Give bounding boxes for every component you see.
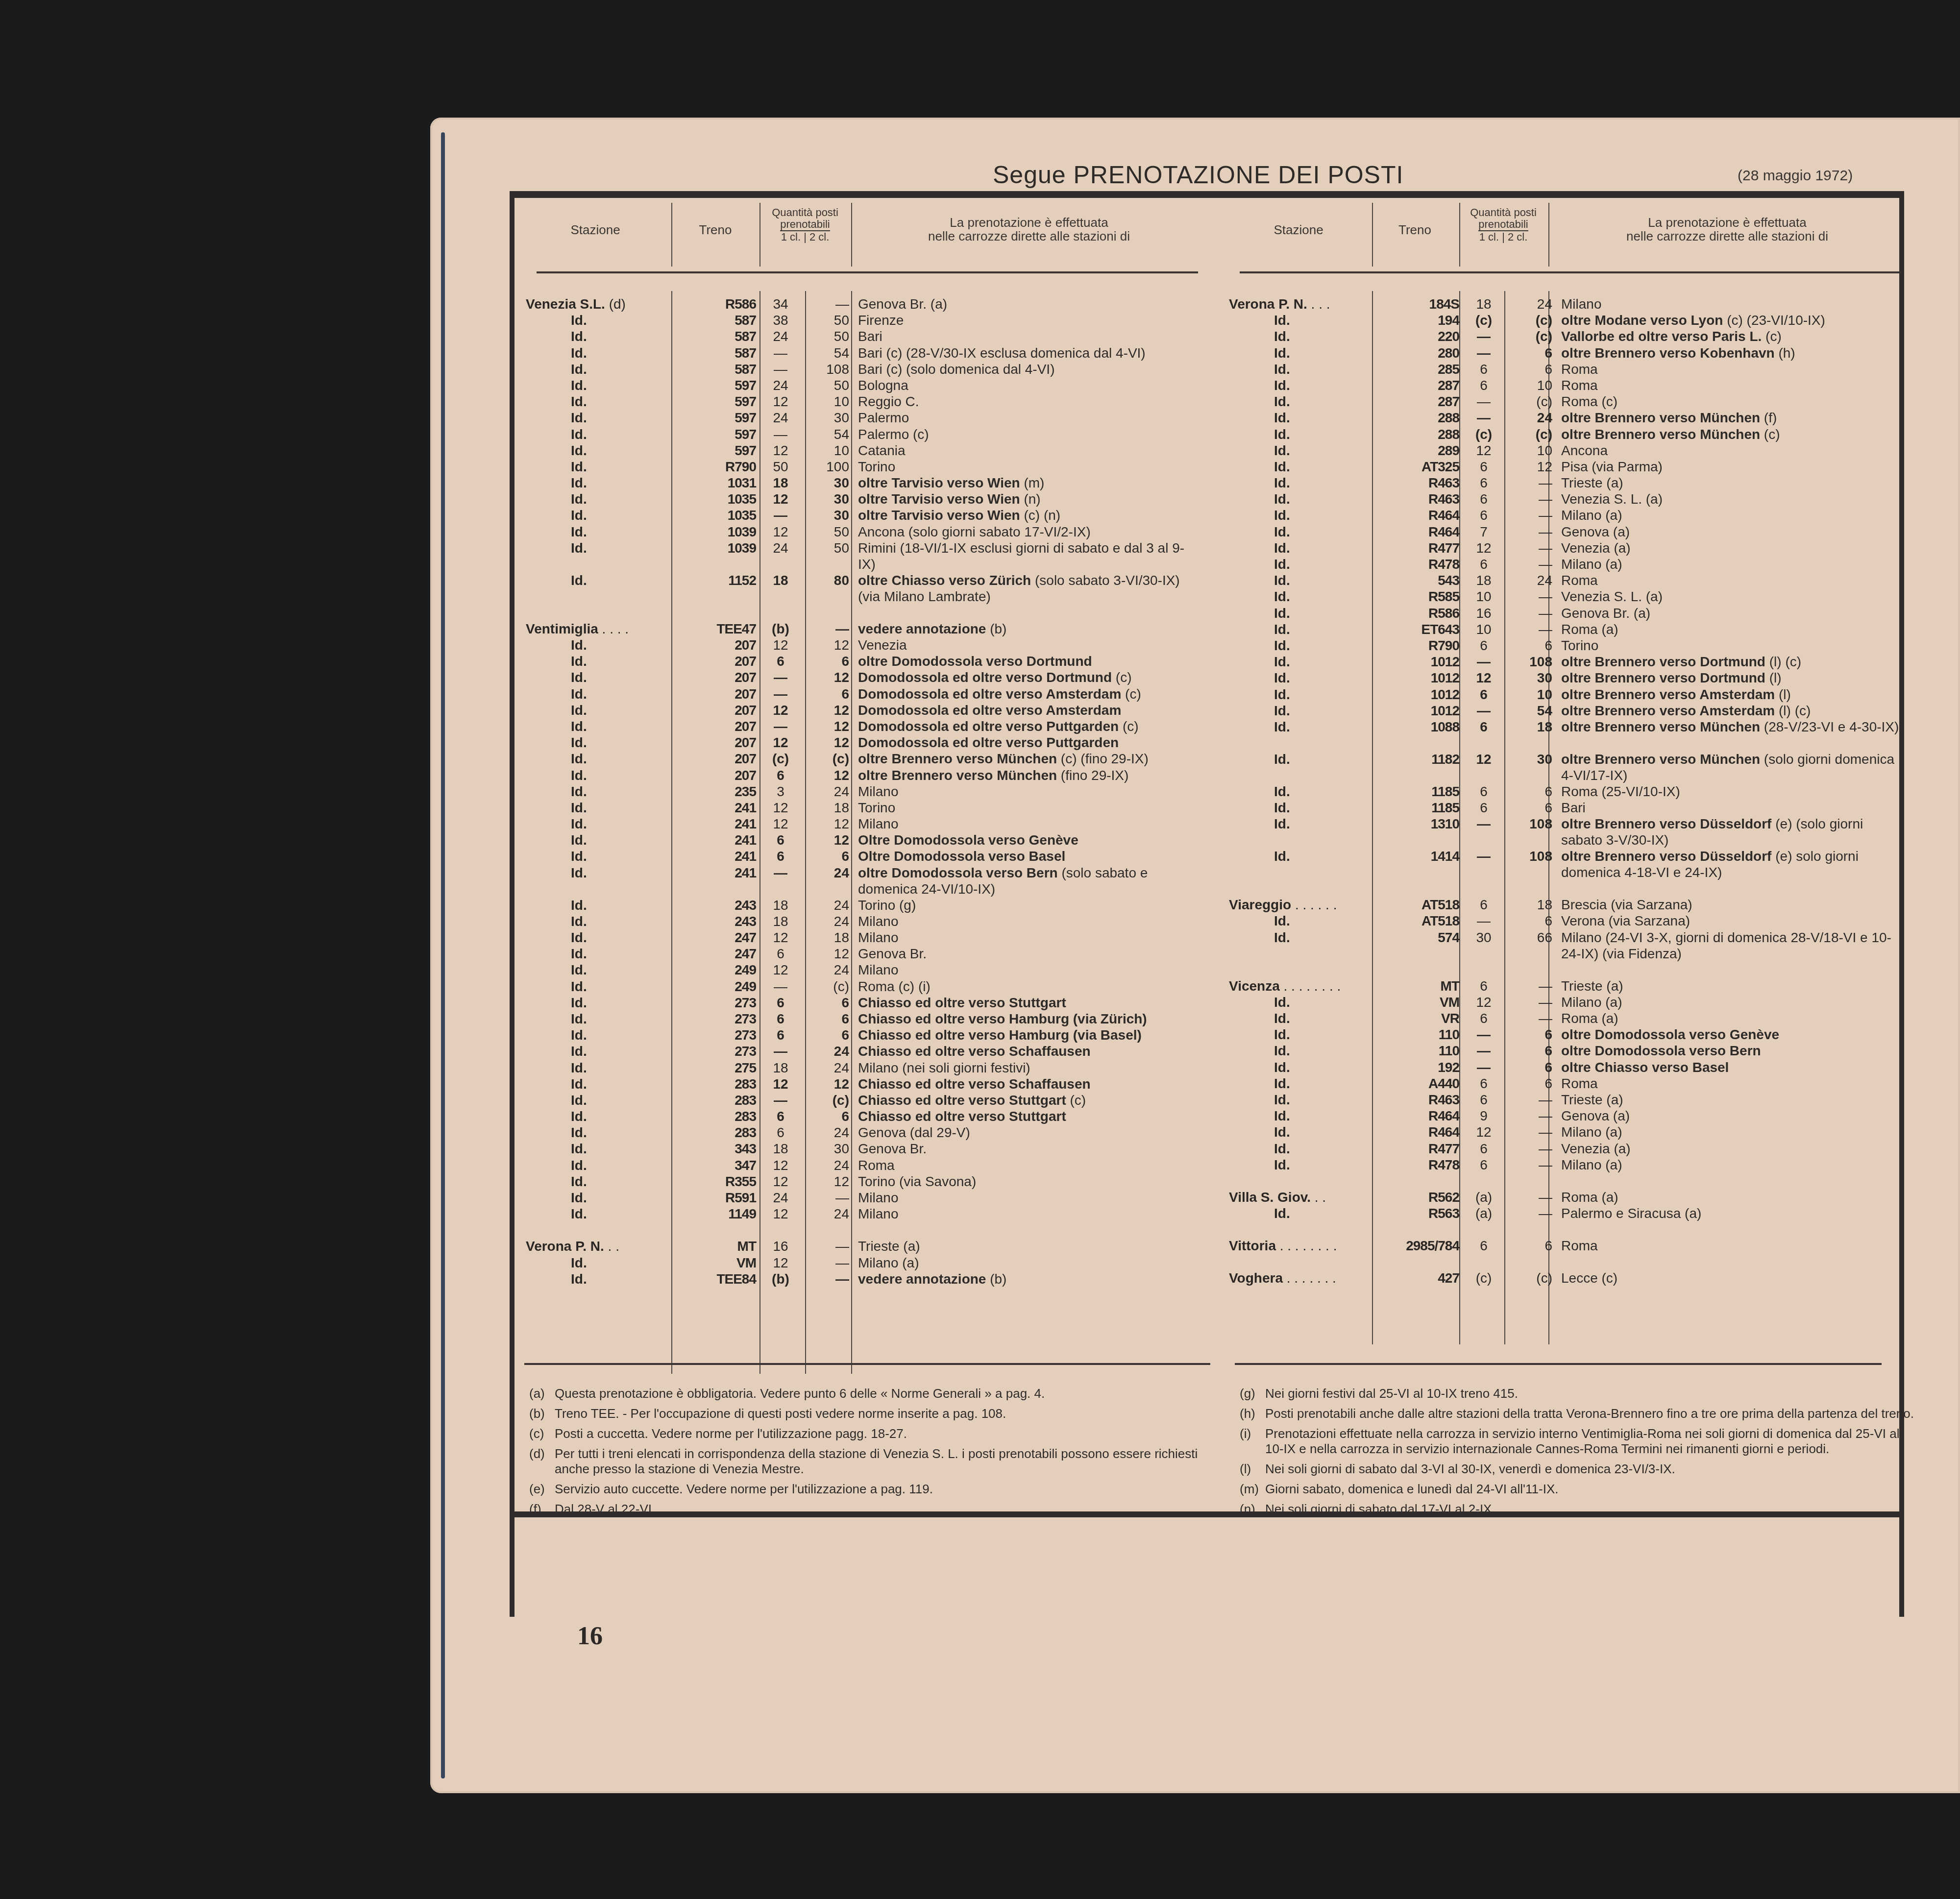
first-class-seats: — xyxy=(761,669,800,685)
footnote-text: Nei soli giorni di sabato dal 3-VI al 30… xyxy=(1265,1461,1675,1476)
first-class-seats: 6 xyxy=(1464,783,1503,800)
destination-cell: Verona (via Sarzana) xyxy=(1561,913,1904,929)
second-class-seats: — xyxy=(1508,1189,1552,1205)
destination-cell: Ancona (solo giorni sabato 17-VI/2-IX) xyxy=(858,524,1201,540)
edition-date: (28 maggio 1972) xyxy=(1738,168,1853,184)
table-row: Id.27366Chiasso ed oltre verso Hamburg (… xyxy=(522,1011,1208,1027)
second-class-seats: 18 xyxy=(805,800,849,816)
first-class-seats: 6 xyxy=(761,946,800,962)
second-class-seats: 108 xyxy=(1508,848,1552,864)
first-class-seats: 6 xyxy=(761,832,800,848)
table-row: Id.28566Roma xyxy=(1225,361,1911,377)
footnote-text: Prenotazioni effettuate nella carrozza i… xyxy=(1265,1426,1899,1456)
first-class-seats: 24 xyxy=(761,410,800,426)
train-cell: R563 xyxy=(1377,1205,1459,1221)
first-class-seats: 18 xyxy=(761,572,800,588)
first-class-seats: 12 xyxy=(761,1255,800,1271)
table-row: Id.5971210Reggio C. xyxy=(522,393,1208,410)
table-row: Id.5873850Firenze xyxy=(522,312,1208,328)
train-cell: 1039 xyxy=(674,524,756,540)
train-cell: VM xyxy=(674,1255,756,1271)
destination-cell: oltre Brennero verso Dortmund (l) (c) xyxy=(1561,654,1904,670)
second-class-seats: — xyxy=(805,296,849,312)
first-class-seats: (a) xyxy=(1464,1189,1503,1205)
first-class-seats: 6 xyxy=(1464,897,1503,913)
table-row: Id.1414—108oltre Brennero verso Düsseldo… xyxy=(1225,848,1911,880)
first-class-seats: 12 xyxy=(1464,540,1503,556)
destination-cell: oltre Tarvisio verso Wien (c) (n) xyxy=(858,507,1201,523)
col-dest-header: La prenotazione è effettuata nelle carro… xyxy=(1553,216,1901,243)
table-row: Id.287610Roma xyxy=(1225,377,1911,393)
first-class-seats: 12 xyxy=(761,1157,800,1173)
table-row: Id.110—6oltre Domodossola verso Genève xyxy=(1225,1026,1911,1043)
first-class-seats: 6 xyxy=(1464,686,1503,703)
destination-cell: Ancona xyxy=(1561,442,1904,459)
second-class-seats: 10 xyxy=(1508,442,1552,459)
table-row: Verona P. N. . .MT16—Trieste (a) xyxy=(522,1238,1208,1254)
train-cell: 1152 xyxy=(674,572,756,588)
destination-cell: oltre Brennero verso Dortmund (l) xyxy=(1561,670,1904,686)
train-cell: 1088 xyxy=(1377,719,1459,735)
first-class-seats: 12 xyxy=(761,962,800,978)
col-train-header: Treno xyxy=(1372,222,1458,238)
first-class-seats: 10 xyxy=(1464,588,1503,605)
first-class-seats: 6 xyxy=(1464,491,1503,507)
destination-cell: Palermo (c) xyxy=(858,426,1201,442)
second-class-seats: 6 xyxy=(1508,800,1552,816)
destination-cell: oltre Chiasso verso Zürich (solo sabato … xyxy=(858,572,1201,605)
second-class-seats: (c) xyxy=(805,1092,849,1108)
train-cell: 283 xyxy=(674,1092,756,1108)
first-class-seats: — xyxy=(1464,1026,1503,1043)
table-row: Id.2471218Milano xyxy=(522,929,1208,946)
footnote-key: (c) xyxy=(529,1426,544,1441)
destination-cell: Trieste (a) xyxy=(858,1238,1201,1254)
table-row: Id.R58510—Venezia S. L. (a) xyxy=(1225,588,1911,605)
train-cell: 207 xyxy=(674,653,756,669)
train-cell: 597 xyxy=(674,377,756,393)
train-cell: 207 xyxy=(674,702,756,718)
second-class-seats: 18 xyxy=(1508,897,1552,913)
destination-cell: Brescia (via Sarzana) xyxy=(1561,897,1904,913)
train-cell: R463 xyxy=(1377,491,1459,507)
train-cell: 597 xyxy=(674,426,756,442)
train-cell: 1012 xyxy=(1377,670,1459,686)
table-row: Id.110—6oltre Domodossola verso Bern xyxy=(1225,1043,1911,1059)
station-cell: Vicenza . . . . . . . . xyxy=(1229,978,1376,994)
left-table: Stazione Treno Quantità posti prenotabil… xyxy=(522,198,1208,1374)
footnote: (l)Nei soli giorni di sabato dal 3-VI al… xyxy=(1240,1461,1916,1477)
train-cell: R463 xyxy=(1377,1092,1459,1108)
table-row: Id.1088618oltre Brennero verso München (… xyxy=(1225,719,1911,751)
first-class-seats: — xyxy=(761,1043,800,1059)
second-class-seats: — xyxy=(1508,524,1552,540)
qty-header-line2: prenotabili xyxy=(1478,219,1528,231)
dest-header-line1: La prenotazione è effettuata xyxy=(1553,216,1901,229)
first-class-seats: 12 xyxy=(761,524,800,540)
train-cell: 194 xyxy=(1377,312,1459,328)
second-class-seats: — xyxy=(1508,507,1552,523)
train-cell: R478 xyxy=(1377,1157,1459,1173)
col-2cl-header: 2 cl. xyxy=(809,231,829,243)
destination-cell: Torino xyxy=(858,800,1201,816)
footnote-key: (l) xyxy=(1240,1461,1251,1477)
train-cell: 207 xyxy=(674,767,756,783)
first-class-seats: 6 xyxy=(761,767,800,783)
second-class-seats: — xyxy=(1508,491,1552,507)
first-class-seats: (c) xyxy=(1464,1270,1503,1286)
train-cell: 1035 xyxy=(674,491,756,507)
train-cell: VR xyxy=(1377,1010,1459,1026)
destination-cell: oltre Brennero verso Düsseldorf (e) solo… xyxy=(1561,848,1904,880)
col-train-header: Treno xyxy=(674,222,757,238)
table-row: Id.R4786—Milano (a) xyxy=(1225,556,1911,572)
first-class-seats: 18 xyxy=(1464,296,1503,312)
train-cell: 207 xyxy=(674,734,756,751)
second-class-seats: 50 xyxy=(805,524,849,540)
train-cell: 288 xyxy=(1377,410,1459,426)
destination-cell: oltre Brennero verso München (f) xyxy=(1561,410,1904,426)
train-cell: 207 xyxy=(674,637,756,653)
destination-cell: Roma xyxy=(1561,361,1904,377)
first-class-seats: — xyxy=(1464,345,1503,361)
train-cell: R355 xyxy=(674,1173,756,1190)
table-row: Id.2071212Domodossola ed oltre verso Put… xyxy=(522,734,1208,751)
destination-cell: Venezia (a) xyxy=(1561,1141,1904,1157)
first-class-seats: 9 xyxy=(1464,1108,1503,1124)
second-class-seats: 30 xyxy=(805,475,849,491)
destination-cell: Milano xyxy=(858,929,1201,946)
train-cell: A440 xyxy=(1377,1075,1459,1092)
first-class-seats: — xyxy=(761,1092,800,1108)
second-class-seats: 24 xyxy=(1508,296,1552,312)
table-row: Id.27366Chiasso ed oltre verso Stuttgart xyxy=(522,995,1208,1011)
footnote-key: (d) xyxy=(529,1446,545,1461)
destination-cell: Palermo xyxy=(858,410,1201,426)
first-class-seats: 12 xyxy=(761,800,800,816)
destination-cell: Roma xyxy=(1561,1238,1904,1254)
second-class-seats: — xyxy=(1508,978,1552,994)
train-cell: VM xyxy=(1377,994,1459,1010)
first-class-seats: 18 xyxy=(1464,572,1503,588)
page-title: Segue PRENOTAZIONE DEI POSTI xyxy=(993,161,1403,189)
train-cell: R586 xyxy=(1377,605,1459,621)
train-cell: 241 xyxy=(674,832,756,848)
second-class-seats: — xyxy=(1508,588,1552,605)
first-class-seats: 16 xyxy=(761,1238,800,1254)
table-row: Id.118566Roma (25-VI/10-IX) xyxy=(1225,783,1911,800)
destination-cell: Genova Br. (a) xyxy=(858,296,1201,312)
destination-cell: Milano (a) xyxy=(1561,1124,1904,1140)
first-class-seats: — xyxy=(1464,328,1503,344)
first-class-seats: 6 xyxy=(1464,800,1503,816)
col-station-header: Stazione xyxy=(1230,222,1367,238)
train-cell: MT xyxy=(674,1238,756,1254)
second-class-seats: 6 xyxy=(805,1027,849,1043)
train-cell: 243 xyxy=(674,913,756,929)
table-row: Id.241—24oltre Domodossola verso Bern (s… xyxy=(522,865,1208,897)
table-row: Venezia S.L. (d)R58634—Genova Br. (a) xyxy=(522,296,1208,312)
first-class-seats: 12 xyxy=(1464,670,1503,686)
first-class-seats: 6 xyxy=(1464,1075,1503,1092)
destination-cell: Bari xyxy=(1561,800,1904,816)
table-row: Viareggio . . . . . .AT518618Brescia (vi… xyxy=(1225,897,1911,913)
train-cell: 220 xyxy=(1377,328,1459,344)
destination-cell: oltre Modane verso Lyon (c) (23-VI/10-IX… xyxy=(1561,312,1904,328)
destination-cell: Milano xyxy=(858,816,1201,832)
first-class-seats: 6 xyxy=(761,1124,800,1141)
train-cell: 1185 xyxy=(1377,800,1459,816)
train-cell: 273 xyxy=(674,995,756,1011)
train-cell: 1414 xyxy=(1377,848,1459,864)
second-class-seats: 24 xyxy=(805,913,849,929)
train-cell: 587 xyxy=(674,312,756,328)
footnote-key: (a) xyxy=(529,1386,545,1401)
second-class-seats: 12 xyxy=(805,637,849,653)
footnotes-left: (a)Questa prenotazione è obbligatoria. V… xyxy=(529,1386,1205,1522)
second-class-seats: 108 xyxy=(1508,654,1552,670)
first-class-seats: 6 xyxy=(1464,377,1503,393)
destination-cell: Venezia (a) xyxy=(1561,540,1904,556)
second-class-seats: 10 xyxy=(805,442,849,459)
train-cell: 207 xyxy=(674,686,756,702)
destination-cell: vedere annotazione (b) xyxy=(858,1271,1201,1287)
footnote-text: Posti a cuccetta. Vedere norme per l'uti… xyxy=(555,1426,907,1441)
train-cell: 587 xyxy=(674,328,756,344)
table-row: Id.2891210Ancona xyxy=(1225,442,1911,459)
table-row: Id.20766oltre Domodossola verso Dortmund xyxy=(522,653,1208,669)
footnote-key: (i) xyxy=(1240,1426,1251,1441)
second-class-seats: 30 xyxy=(805,491,849,507)
train-cell: 241 xyxy=(674,816,756,832)
footnote: (e)Servizio auto cuccette. Vedere norme … xyxy=(529,1482,1205,1497)
first-class-seats: 24 xyxy=(761,328,800,344)
second-class-seats: 6 xyxy=(805,1011,849,1027)
table-row: Id.3471224Roma xyxy=(522,1157,1208,1173)
second-class-seats: 12 xyxy=(805,1173,849,1190)
destination-cell: Chiasso ed oltre verso Hamburg (via Base… xyxy=(858,1027,1201,1043)
destination-cell: oltre Brennero verso München (c) (fino 2… xyxy=(858,751,1201,767)
train-cell: 207 xyxy=(674,669,756,685)
second-class-seats: 54 xyxy=(1508,703,1552,719)
first-class-seats: (b) xyxy=(761,621,800,637)
page-header: Segue PRENOTAZIONE DEI POSTI (28 maggio … xyxy=(430,161,1960,190)
second-class-seats: 24 xyxy=(805,1206,849,1222)
destination-cell: Trieste (a) xyxy=(1561,1092,1904,1108)
second-class-seats: — xyxy=(1508,621,1552,637)
destination-cell: Bari (c) (solo domenica dal 4-VI) xyxy=(858,361,1201,377)
destination-cell: Roma xyxy=(1561,377,1904,393)
train-cell: 543 xyxy=(1377,572,1459,588)
table-row: Id.10391250Ancona (solo giorni sabato 17… xyxy=(522,524,1208,540)
second-class-seats: 12 xyxy=(805,816,849,832)
first-class-seats: — xyxy=(761,345,800,361)
table-row: Id.597—54Palermo (c) xyxy=(522,426,1208,442)
first-class-seats: 6 xyxy=(1464,361,1503,377)
destination-cell: Venezia S. L. (a) xyxy=(1561,491,1904,507)
destination-cell: oltre Brennero verso Düsseldorf (e) (sol… xyxy=(1561,816,1904,848)
destination-cell: oltre Domodossola verso Genève xyxy=(1561,1026,1904,1043)
destination-cell: Milano (a) xyxy=(1561,994,1904,1010)
page-number: 16 xyxy=(577,1622,603,1651)
train-cell: 285 xyxy=(1377,361,1459,377)
table-frame: Stazione Treno Quantità posti prenotabil… xyxy=(510,191,1904,1617)
second-class-seats: — xyxy=(1508,1092,1552,1108)
footnotes-right: (g)Nei giorni festivi dal 25-VI al 10-IX… xyxy=(1240,1386,1916,1522)
train-cell: 2985/784 xyxy=(1377,1238,1459,1254)
second-class-seats: 66 xyxy=(1508,929,1552,946)
first-class-seats: — xyxy=(761,426,800,442)
first-class-seats: 6 xyxy=(1464,637,1503,654)
train-cell: 241 xyxy=(674,865,756,881)
table-row: Id.1012610oltre Brennero verso Amsterdam… xyxy=(1225,686,1911,703)
station-cell: Venezia S.L. (d) xyxy=(526,296,673,312)
table-row: Voghera . . . . . . .427(c)(c)Lecce (c) xyxy=(1225,1270,1911,1286)
table-row: Id.11491224Milano xyxy=(522,1206,1208,1222)
table-row: Id.207—12Domodossola ed oltre verso Putt… xyxy=(522,718,1208,734)
second-class-seats: 24 xyxy=(805,783,849,800)
destination-cell: oltre Brennero verso München (fino 29-IX… xyxy=(858,767,1201,783)
right-table-header: Stazione Treno Quantità posti prenotabil… xyxy=(1225,198,1911,271)
first-class-seats: — xyxy=(1464,1059,1503,1075)
train-cell: R586 xyxy=(674,296,756,312)
table-row: Id.R47712—Venezia (a) xyxy=(1225,540,1911,556)
table-row: Id.R4776—Venezia (a) xyxy=(1225,1141,1911,1157)
table-row: Id.27366Chiasso ed oltre verso Hamburg (… xyxy=(522,1027,1208,1043)
train-cell: 280 xyxy=(1377,345,1459,361)
table-row: Id.5743066Milano (24-VI 3-X, giorni di d… xyxy=(1225,929,1911,962)
destination-cell: Roma (25-VI/10-IX) xyxy=(1561,783,1904,800)
table-row: Id.1310—108oltre Brennero verso Düsseldo… xyxy=(1225,816,1911,848)
first-class-seats: 12 xyxy=(761,442,800,459)
table-row: Id.207—6Domodossola ed oltre verso Amste… xyxy=(522,686,1208,702)
table-row: Id.5972430Palermo xyxy=(522,410,1208,426)
table-row: Id.R58616—Genova Br. (a) xyxy=(1225,605,1911,621)
second-class-seats: 6 xyxy=(1508,1059,1552,1075)
footnote: (b)Treno TEE. - Per l'occupazione di que… xyxy=(529,1406,1205,1421)
destination-cell: Bari xyxy=(858,328,1201,344)
first-class-seats: 12 xyxy=(1464,751,1503,767)
footnote-key: (m) xyxy=(1240,1482,1259,1497)
train-cell: R562 xyxy=(1377,1189,1459,1205)
destination-cell: Milano (nei soli giorni festivi) xyxy=(858,1060,1201,1076)
col-1cl-header: 1 cl. xyxy=(1479,231,1499,243)
destination-cell: Roma (c) (i) xyxy=(858,978,1201,995)
second-class-seats: 12 xyxy=(805,702,849,718)
station-cell: Villa S. Giov. . . xyxy=(1229,1189,1376,1205)
train-cell: 110 xyxy=(1377,1043,1459,1059)
table-row: Id.118566Bari xyxy=(1225,800,1911,816)
table-row: Id.2491224Milano xyxy=(522,962,1208,978)
destination-cell: Milano (a) xyxy=(1561,556,1904,572)
destination-cell: Roma (c) xyxy=(1561,393,1904,410)
first-class-seats: 12 xyxy=(761,393,800,410)
table-row: Id.A44066Roma xyxy=(1225,1075,1911,1092)
train-cell: 1012 xyxy=(1377,686,1459,703)
train-cell: 192 xyxy=(1377,1059,1459,1075)
col-station-header: Stazione xyxy=(532,222,659,238)
second-class-seats: 6 xyxy=(1508,1238,1552,1254)
first-class-seats: 18 xyxy=(761,897,800,913)
table-row: Ventimiglia . . . .TEE47(b)—vedere annot… xyxy=(522,621,1208,637)
second-class-seats: — xyxy=(1508,1205,1552,1221)
table-row: Id.R4649—Genova (a) xyxy=(1225,1108,1911,1124)
second-class-seats: — xyxy=(1508,1141,1552,1157)
destination-cell: Trieste (a) xyxy=(1561,978,1904,994)
train-cell: 289 xyxy=(1377,442,1459,459)
footnote-text: Servizio auto cuccette. Vedere norme per… xyxy=(555,1482,933,1496)
first-class-seats: 16 xyxy=(1464,605,1503,621)
destination-cell: Oltre Domodossola verso Genève xyxy=(858,832,1201,848)
train-cell: 587 xyxy=(674,345,756,361)
destination-cell: Domodossola ed oltre verso Amsterdam xyxy=(858,702,1201,718)
train-cell: 343 xyxy=(674,1141,756,1157)
destination-cell: Torino (via Savona) xyxy=(858,1173,1201,1190)
train-cell: 287 xyxy=(1377,393,1459,410)
train-cell: R478 xyxy=(1377,556,1459,572)
table-row: Verona P. N. . . .184S1824Milano xyxy=(1225,296,1911,312)
col-qty-header: Quantità posti prenotabili 1 cl. | 2 cl. xyxy=(761,207,849,243)
table-row: Id.11521880oltre Chiasso verso Zürich (s… xyxy=(522,572,1208,605)
train-cell: 1035 xyxy=(674,507,756,523)
table-row: Id.2411212Milano xyxy=(522,816,1208,832)
second-class-seats: — xyxy=(805,1255,849,1271)
second-class-seats: 6 xyxy=(805,995,849,1011)
train-cell: R464 xyxy=(1377,1124,1459,1140)
train-cell: 1012 xyxy=(1377,703,1459,719)
table-row: Id.R79066Torino xyxy=(1225,637,1911,654)
destination-cell: Domodossola ed oltre verso Puttgarden xyxy=(858,734,1201,751)
train-cell: 235 xyxy=(674,783,756,800)
destination-cell: Genova Br. (a) xyxy=(1561,605,1904,621)
table-row: Id.273—24Chiasso ed oltre verso Schaffau… xyxy=(522,1043,1208,1059)
second-class-seats: 6 xyxy=(805,1108,849,1124)
destination-cell: Trieste (a) xyxy=(1561,475,1904,491)
first-class-seats: 6 xyxy=(1464,1141,1503,1157)
station-cell: Ventimiglia . . . . xyxy=(526,621,673,637)
destination-cell: oltre Brennero verso München (c) xyxy=(1561,426,1904,442)
first-class-seats: — xyxy=(1464,703,1503,719)
first-class-seats: (b) xyxy=(761,1271,800,1287)
table-row: Id.5972450Bologna xyxy=(522,377,1208,393)
first-class-seats: — xyxy=(1464,393,1503,410)
train-cell: 283 xyxy=(674,1108,756,1124)
table-row: Id.R563(a)—Palermo e Siracusa (a) xyxy=(1225,1205,1911,1221)
first-class-seats: 30 xyxy=(1464,929,1503,946)
destination-cell: Venezia xyxy=(858,637,1201,653)
destination-cell: Lecce (c) xyxy=(1561,1270,1904,1286)
destination-cell: Bari (c) (28-V/30-IX esclusa domenica da… xyxy=(858,345,1201,361)
destination-cell: Milano (a) xyxy=(1561,1157,1904,1173)
first-class-seats: 12 xyxy=(1464,1124,1503,1140)
table-row: Id.2431824Torino (g) xyxy=(522,897,1208,913)
second-class-seats: 10 xyxy=(1508,686,1552,703)
second-class-seats: — xyxy=(1508,1108,1552,1124)
table-row: Id.2831212Chiasso ed oltre verso Schaffa… xyxy=(522,1076,1208,1092)
footnote-key: (g) xyxy=(1240,1386,1255,1401)
table-row: Id.R59124—Milano xyxy=(522,1190,1208,1206)
second-class-seats: — xyxy=(1508,1157,1552,1173)
second-class-seats: (c) xyxy=(1508,393,1552,410)
destination-cell: Domodossola ed oltre verso Puttgarden (c… xyxy=(858,718,1201,734)
second-class-seats: 12 xyxy=(805,1076,849,1092)
table-row: Id.194(c)(c)oltre Modane verso Lyon (c) … xyxy=(1225,312,1911,328)
destination-cell: vedere annotazione (b) xyxy=(858,621,1201,637)
footnote-text: Questa prenotazione è obbligatoria. Vede… xyxy=(555,1386,1045,1401)
table-row: Id.R4636—Venezia S. L. (a) xyxy=(1225,491,1911,507)
table-row: Id.1012—108oltre Brennero verso Dortmund… xyxy=(1225,654,1911,670)
first-class-seats: 12 xyxy=(1464,442,1503,459)
